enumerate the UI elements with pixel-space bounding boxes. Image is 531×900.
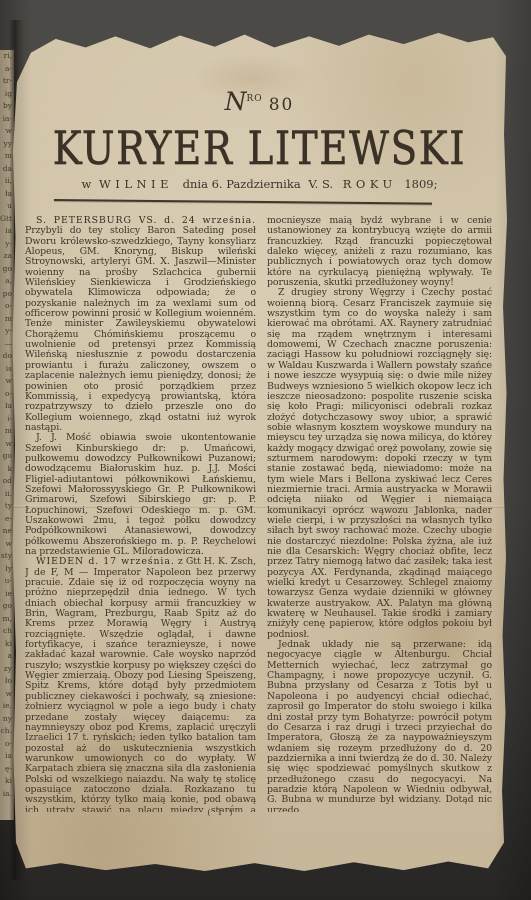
dateline-w: w bbox=[81, 177, 91, 191]
article-petersburg: S. PETERSBURG VS. d. 24 września. Przyby… bbox=[25, 216, 256, 433]
article-text: Z drugiey strony Węgrzy i Czechy postać … bbox=[267, 287, 492, 639]
issue-ro: ro bbox=[247, 94, 263, 104]
dateline-city: WILNIE bbox=[99, 177, 173, 191]
article-continuation: mocnieysze maią bydź wybrane i w cenie u… bbox=[267, 216, 492, 288]
dateline: w WILNIE dnia 6. Pazdziernika V. S. ROKU… bbox=[11, 177, 508, 191]
left-column: S. PETERSBURG VS. d. 24 września. Przyby… bbox=[25, 216, 256, 812]
article-text: mocnieysze maią bydź wybrane i w cenie u… bbox=[267, 216, 492, 288]
right-column: mocnieysze maią bydź wybrane i w cenie u… bbox=[267, 216, 492, 812]
masthead-title: KURYER LITEWSKI bbox=[51, 121, 468, 175]
article-wieden: WIEDEN d. 17 września. z Gtt H. K. Zsch,… bbox=[25, 557, 256, 812]
dateline-date: dnia 6. Pazdziernika bbox=[183, 177, 301, 191]
header-divider-rule bbox=[54, 199, 432, 204]
page-signature-mark: ( 1 ) bbox=[181, 808, 261, 818]
newspaper-page: Nro80 KURYER LITEWSKI w WILNIE dnia 6. P… bbox=[11, 13, 508, 877]
article-columns: S. PETERSBURG VS. d. 24 września. Przyby… bbox=[25, 216, 495, 812]
scanned-newspaper-view: ri,a-tr-igbyia-wyymdaii,łauGttiay-zagoa,… bbox=[0, 0, 531, 900]
issue-number: Nro80 bbox=[11, 87, 508, 116]
article-jjmosc: J. J. Mość obiawia swoie ukontentowanie … bbox=[25, 433, 256, 557]
article-text: Jednak układy nie są przerwane: idą nego… bbox=[267, 639, 492, 812]
dateline-roku: ROKU bbox=[343, 177, 397, 191]
dateline-vs: V. S. bbox=[308, 177, 333, 191]
issue-value: 80 bbox=[269, 95, 295, 115]
issue-n-glyph: N bbox=[225, 87, 247, 116]
article-dateline: WIEDEN d. 17 września. bbox=[36, 556, 175, 567]
article-wegrzy-czechy: Z drugiey strony Węgrzy i Czechy postać … bbox=[267, 288, 492, 640]
article-text: Przybyli do tey stolicy Baron Sateding p… bbox=[25, 225, 256, 433]
article-uklady: Jednak układy nie są przerwane: idą nego… bbox=[267, 640, 492, 812]
dateline-year: 1809; bbox=[404, 177, 437, 191]
article-text: z Gtt H. K. Zsch, J de F, M — Imperator … bbox=[25, 556, 256, 812]
article-text: J. J. Mość obiawia swoie ukontentowanie … bbox=[25, 432, 256, 557]
